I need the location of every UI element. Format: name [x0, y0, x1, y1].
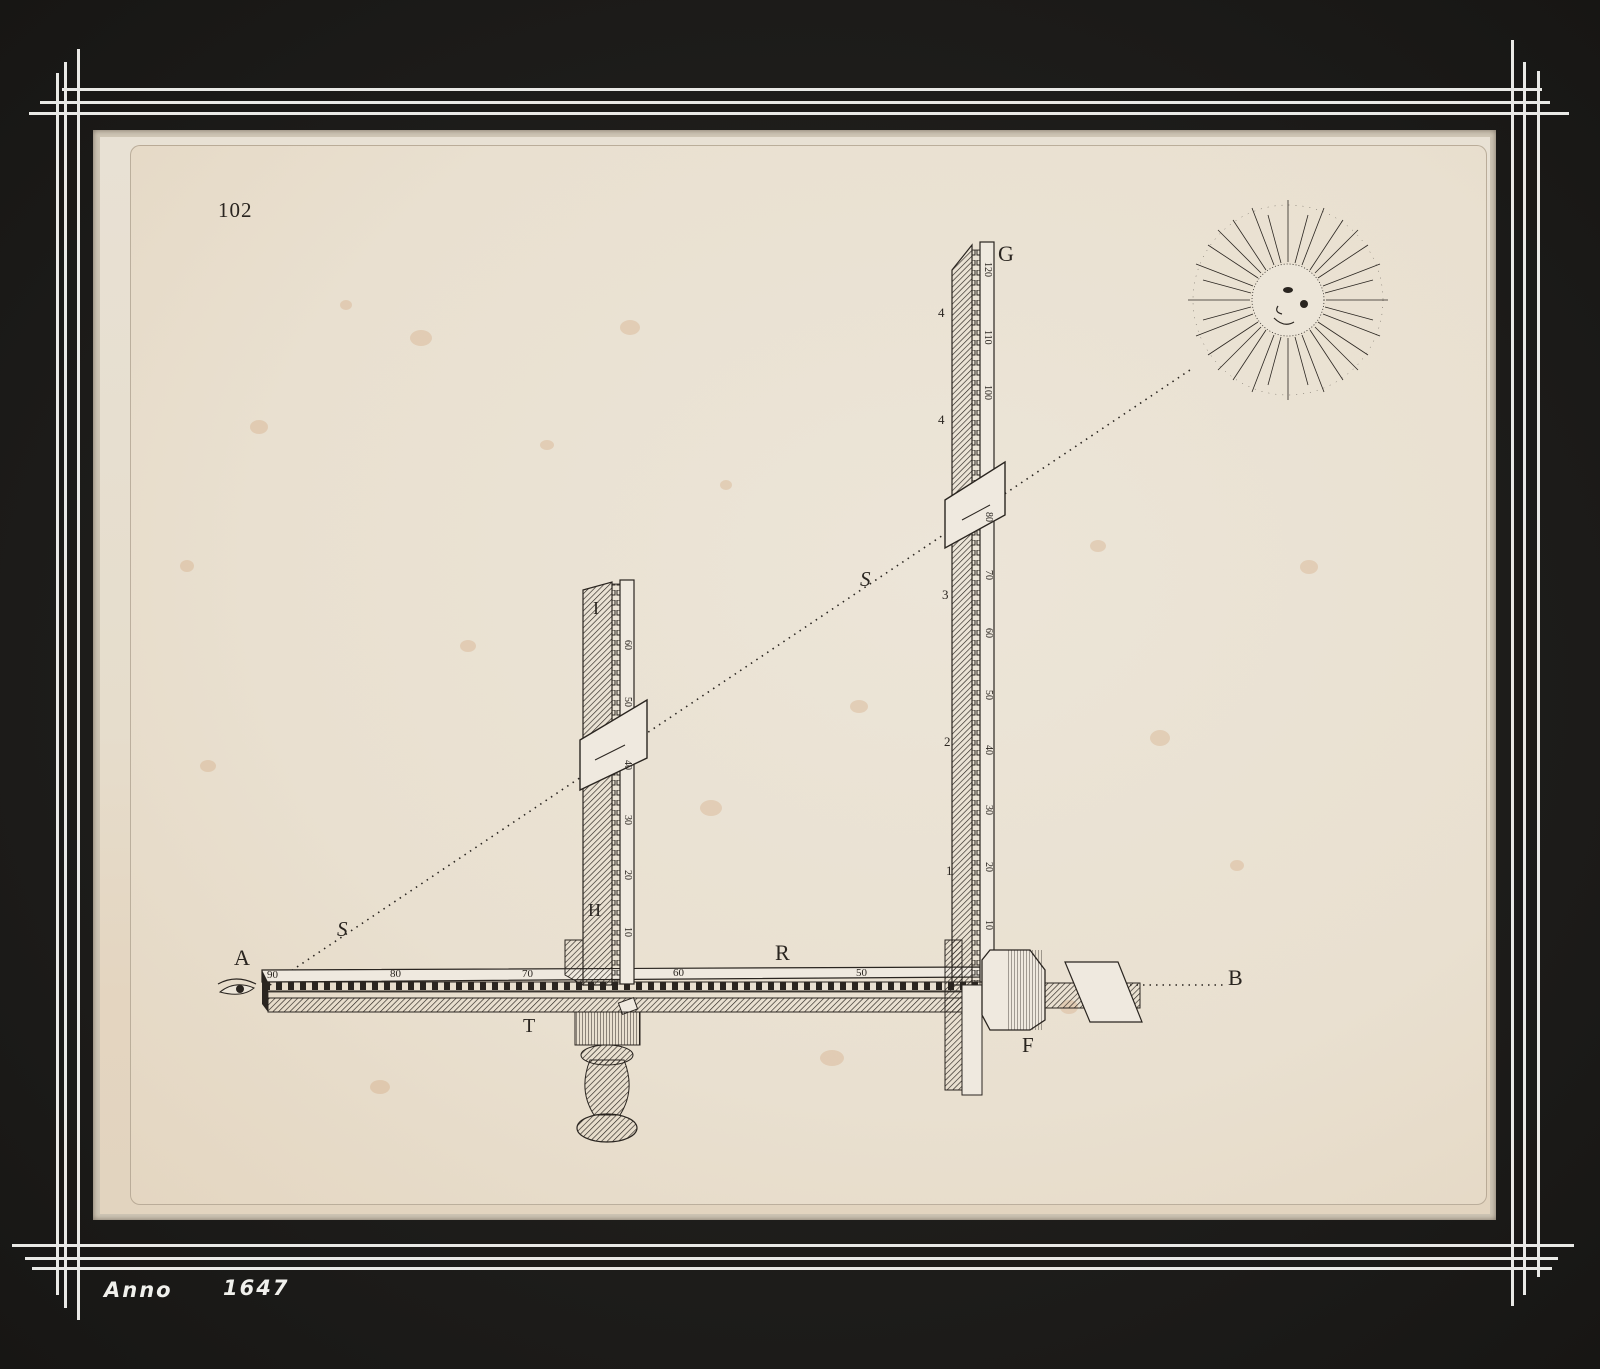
scale-tall-110: 110 — [982, 330, 993, 345]
scale-tall-120: 120 — [982, 262, 993, 277]
scale-tall-100: 100 — [982, 385, 993, 400]
side-mark-4a: 4 — [938, 305, 945, 321]
scale-tall-80: 80 — [983, 512, 994, 522]
label-t: T — [523, 1015, 535, 1038]
label-s-lower: S — [337, 917, 348, 942]
scale-tall-40: 40 — [983, 745, 994, 755]
side-mark-2: 2 — [944, 734, 951, 750]
scale-tall-30: 30 — [983, 805, 994, 815]
scale-h-top-90: 90 — [267, 969, 278, 981]
scale-short-20: 20 — [622, 870, 633, 880]
plate-number: 102 — [218, 198, 253, 223]
sun-icon — [1188, 200, 1388, 400]
scale-tall-60: 60 — [983, 628, 994, 638]
caption-anno: Anno — [104, 1278, 173, 1302]
side-mark-1: 1 — [946, 863, 953, 879]
side-mark-3: 3 — [942, 587, 949, 603]
scale-h-top-80: 80 — [390, 968, 401, 980]
scale-short-40: 40 — [622, 760, 633, 770]
scale-tall-50: 50 — [983, 690, 994, 700]
scale-short-30: 30 — [622, 815, 633, 825]
scale-tall-20: 20 — [983, 862, 994, 872]
scale-short-10: 10 — [622, 927, 633, 937]
scale-h-top-50: 50 — [856, 967, 867, 979]
label-r: R — [775, 940, 790, 966]
tall-staff — [945, 242, 1142, 1095]
label-b: B — [1228, 965, 1243, 991]
scale-tall-10: 10 — [983, 920, 994, 930]
label-s-upper: S — [860, 567, 871, 592]
label-i: I — [593, 598, 599, 619]
label-g: G — [998, 241, 1014, 267]
scale-tall-70: 70 — [983, 570, 994, 580]
label-h: H — [588, 900, 601, 921]
label-a: A — [234, 945, 250, 971]
label-f: F — [1022, 1033, 1034, 1058]
short-staff — [565, 580, 647, 1142]
caption-year: 1647 — [223, 1276, 289, 1300]
eye-icon — [218, 979, 256, 994]
scale-h-top-70: 70 — [522, 968, 533, 980]
side-mark-4b: 4 — [938, 412, 945, 428]
scale-short-50: 50 — [622, 697, 633, 707]
scale-short-60: 60 — [622, 640, 633, 650]
scale-h-top-60: 60 — [673, 967, 684, 979]
sight-line — [270, 370, 1190, 985]
